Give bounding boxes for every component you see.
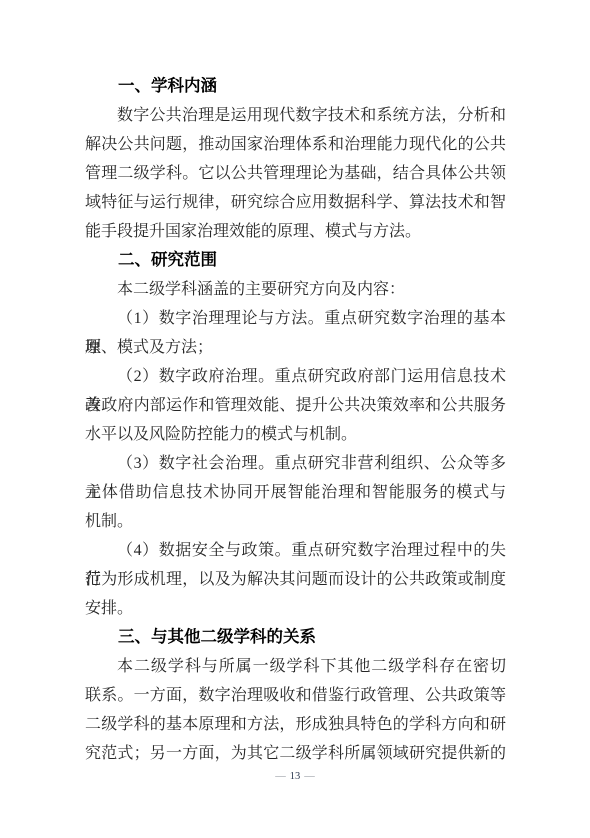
paragraph-line: （1）数字治理理论与方法。重点研究数字治理的基本原 (85, 304, 506, 333)
paragraph-line: 水平以及风险防控能力的模式与机制。 (85, 420, 506, 449)
section-heading-relation-to-other-disciplines: 三、与其他二级学科的关系 (85, 623, 506, 652)
paragraph-line: 数字公共治理是运用现代数字技术和系统方法，分析和 (85, 101, 506, 130)
paragraph-line: 二级学科的基本原理和方法，形成独具特色的学科方向和研 (85, 710, 506, 739)
paragraph-line: 善政府内部运作和管理效能、提升公共决策效率和公共服务 (85, 391, 506, 420)
paragraph-relation-to-other-disciplines: 本二级学科与所属一级学科下其他二级学科存在密切联系。一方面，数字治理吸收和借鉴行… (85, 652, 506, 768)
paragraph-line: 管理二级学科。它以公共管理理论为基础，结合具体公共领 (85, 159, 506, 188)
paragraph-line: 行为形成机理，以及为解决其问题而设计的公共政策或制度 (85, 565, 506, 594)
paragraph-line: 安排。 (85, 594, 506, 623)
document-content: 一、学科内涵 数字公共治理是运用现代数字技术和系统方法，分析和解决公共问题，推动… (85, 72, 506, 768)
section-heading-research-scope: 二、研究范围 (85, 246, 506, 275)
paragraph-item-2-digital-government: （2）数字政府治理。重点研究政府部门运用信息技术改善政府内部运作和管理效能、提升… (85, 362, 506, 449)
section-heading-discipline-connotation: 一、学科内涵 (85, 72, 506, 101)
paragraph-line: （4）数据安全与政策。重点研究数字治理过程中的失范 (85, 536, 506, 565)
paragraph-line: （3）数字社会治理。重点研究非营利组织、公众等多元 (85, 449, 506, 478)
page-footer: —13— (0, 770, 590, 784)
paragraph-line: 联系。一方面，数字治理吸收和借鉴行政管理、公共政策等 (85, 681, 506, 710)
paragraph-line: 机制。 (85, 507, 506, 536)
paragraph-line: 理、模式及方法； (85, 333, 506, 362)
paragraph-line: 解决公共问题，推动国家治理体系和治理能力现代化的公共 (85, 130, 506, 159)
footer-dash-right: — (304, 771, 315, 782)
paragraph-line: 能手段提升国家治理效能的原理、模式与方法。 (85, 217, 506, 246)
paragraph-line: 本二级学科与所属一级学科下其他二级学科存在密切 (85, 652, 506, 681)
paragraph-item-4-data-security-policy: （4）数据安全与政策。重点研究数字治理过程中的失范行为形成机理，以及为解决其问题… (85, 536, 506, 623)
footer-dash-left: — (275, 771, 286, 782)
paragraph-line: （2）数字政府治理。重点研究政府部门运用信息技术改 (85, 362, 506, 391)
paragraph-line: 域特征与运行规律，研究综合应用数据科学、算法技术和智 (85, 188, 506, 217)
paragraph-research-scope-intro: 本二级学科涵盖的主要研究方向及内容： (85, 275, 506, 304)
paragraph-discipline-connotation: 数字公共治理是运用现代数字技术和系统方法，分析和解决公共问题，推动国家治理体系和… (85, 101, 506, 246)
paragraph-line: 本二级学科涵盖的主要研究方向及内容： (85, 275, 506, 304)
paragraph-line: 究范式；另一方面，为其它二级学科所属领域研究提供新的 (85, 739, 506, 768)
document-page: 一、学科内涵 数字公共治理是运用现代数字技术和系统方法，分析和解决公共问题，推动… (0, 0, 590, 838)
paragraph-item-3-digital-society: （3）数字社会治理。重点研究非营利组织、公众等多元主体借助信息技术协同开展智能治… (85, 449, 506, 536)
paragraph-item-1-digital-governance-theory: （1）数字治理理论与方法。重点研究数字治理的基本原理、模式及方法； (85, 304, 506, 362)
paragraph-line: 主体借助信息技术协同开展智能治理和智能服务的模式与 (85, 478, 506, 507)
page-number: 13 (290, 771, 301, 782)
